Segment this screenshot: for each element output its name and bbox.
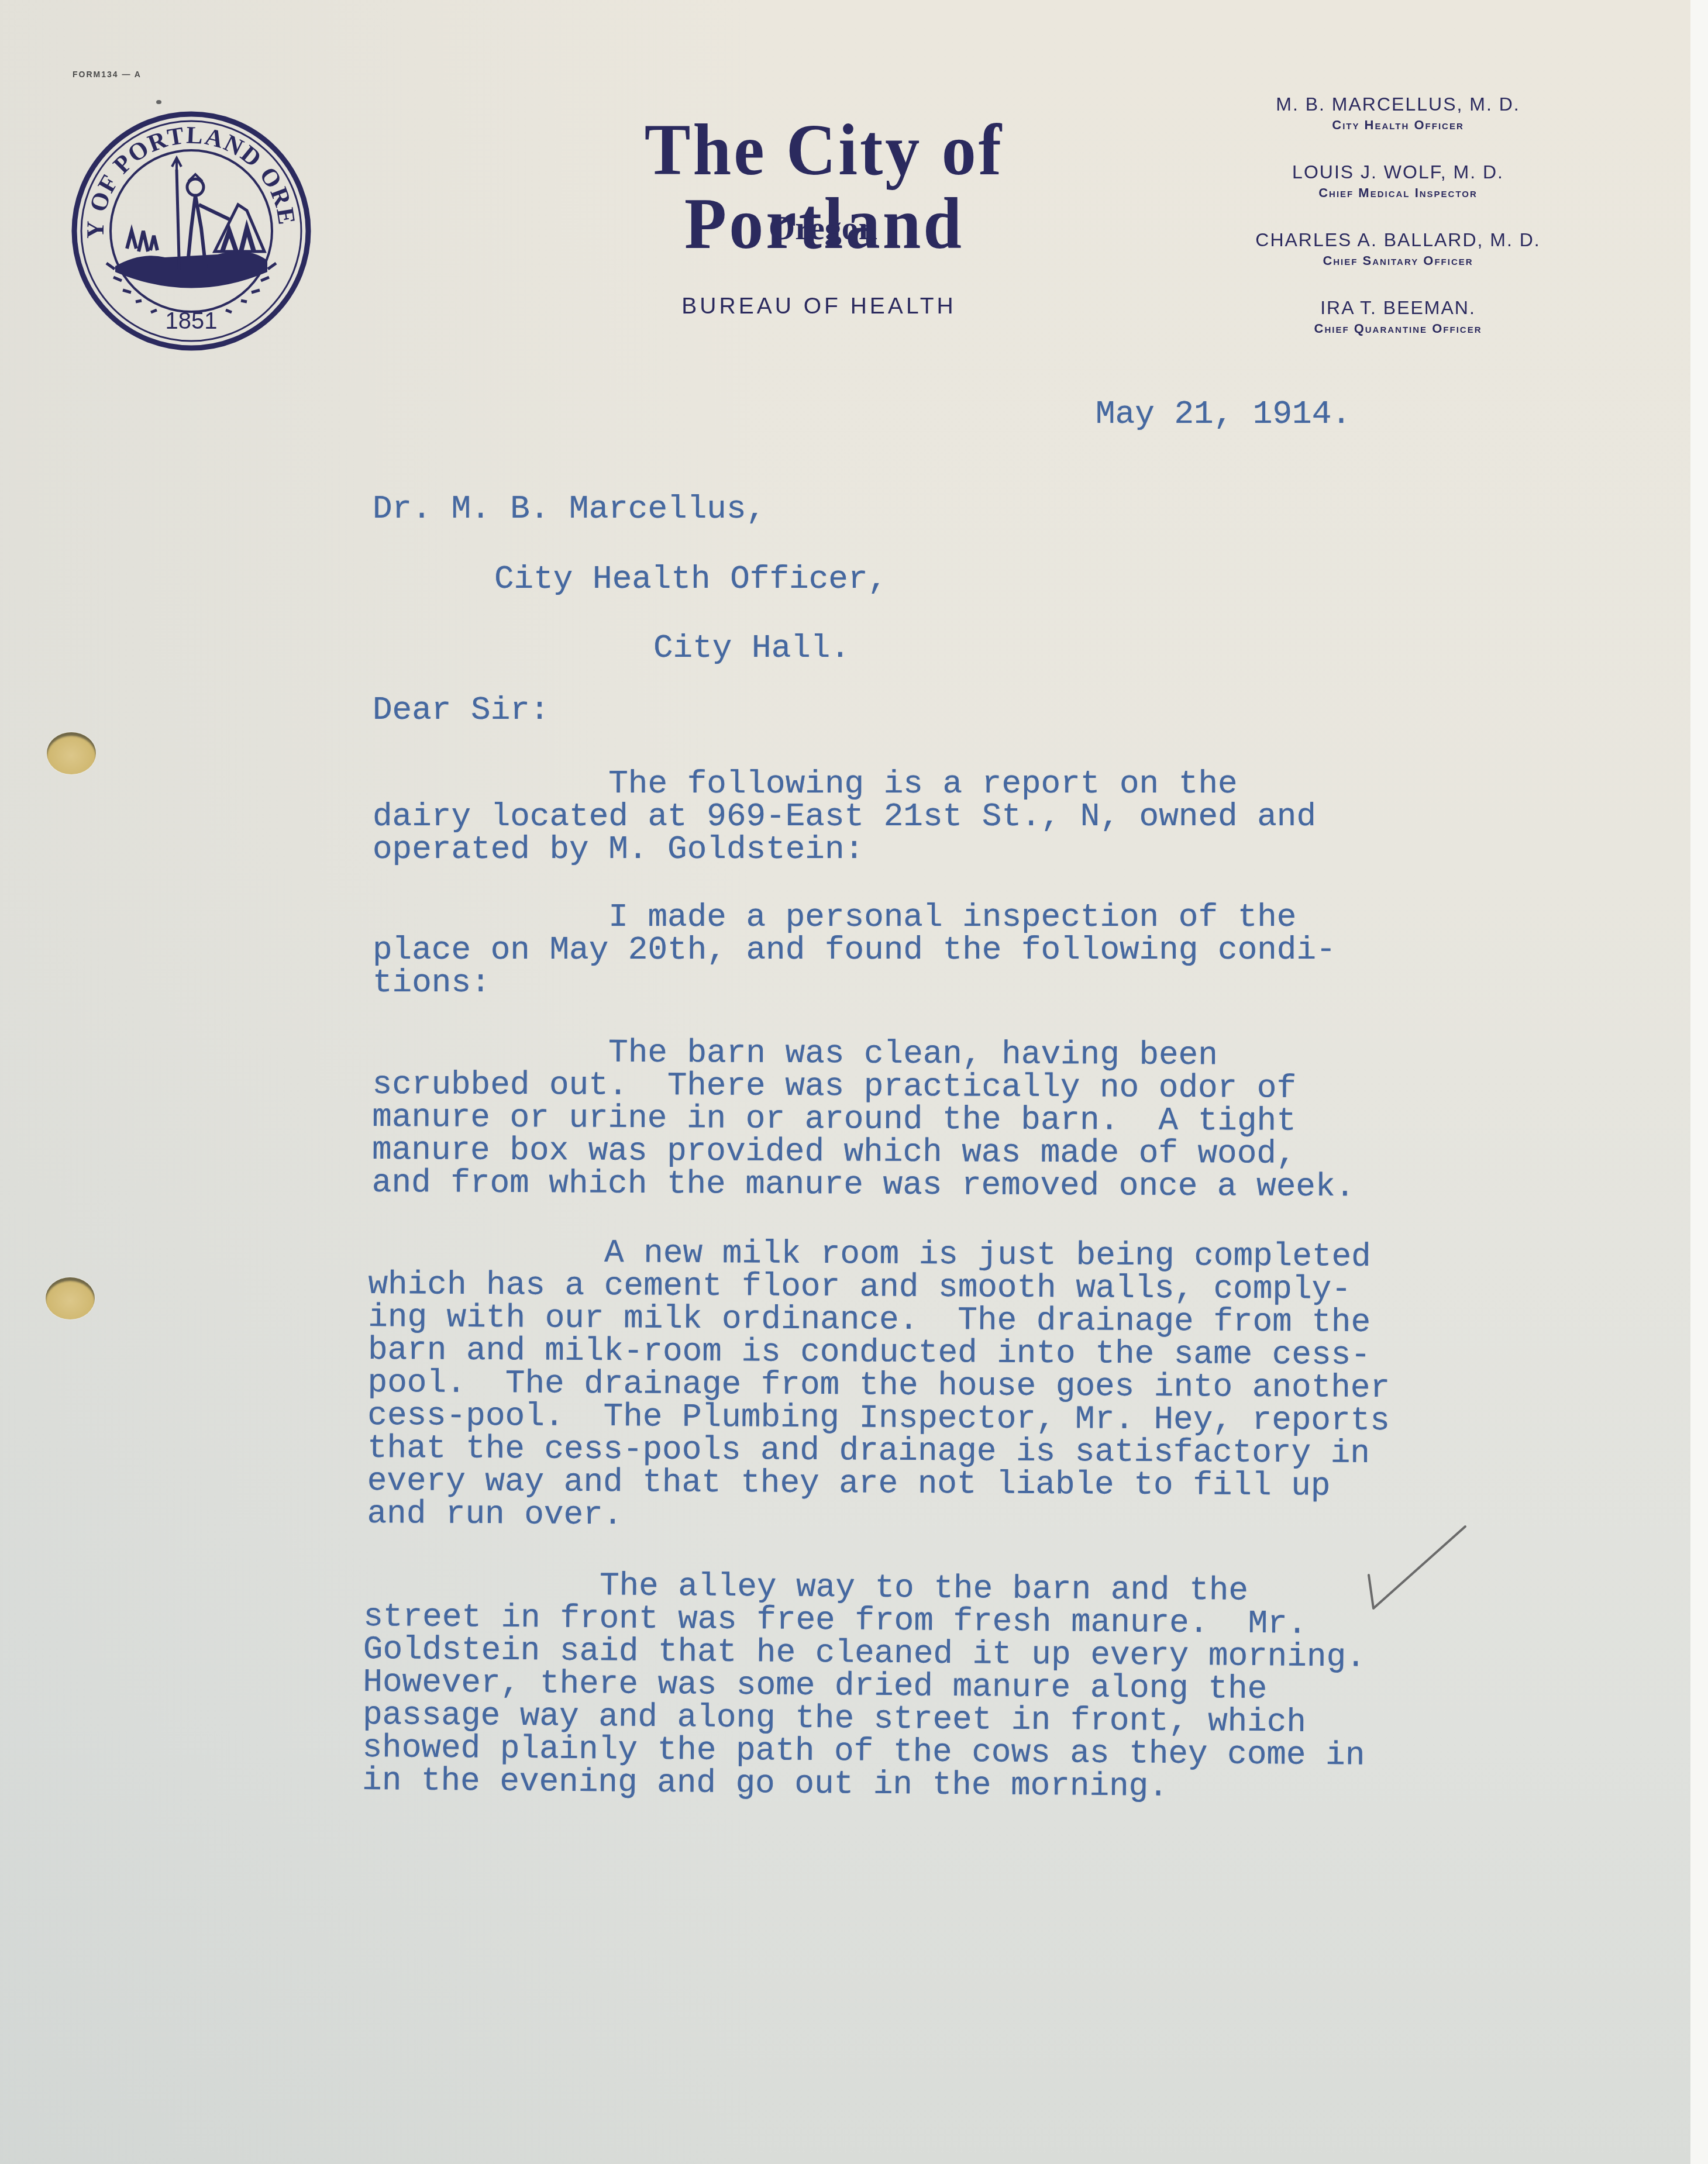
paragraph: A new milk room is just being completed …: [367, 1235, 1390, 1535]
officer-entry: IRA T. BEEMAN. Chief Quarantine Officer: [1199, 296, 1597, 364]
letter-date: May 21, 1914.: [1096, 398, 1351, 430]
officer-name: IRA T. BEEMAN.: [1199, 296, 1597, 319]
recipient-address: City Hall.: [653, 632, 850, 664]
punch-hole: [47, 732, 96, 774]
background-edge: [1690, 0, 1708, 2164]
paragraph: The barn was clean, having been scrubbed…: [372, 1035, 1355, 1203]
officer-list: M. B. MARCELLUS, M. D. City Health Offic…: [1199, 92, 1597, 364]
recipient-title: City Health Officer,: [494, 563, 887, 595]
svg-text:CITY OF PORTLAND OREGON: CITY OF PORTLAND OREGON: [71, 111, 300, 239]
paragraph-line: operated by M. Goldstein:: [373, 833, 1316, 866]
letterhead-subtitle: Oregon: [760, 211, 886, 246]
officer-entry: M. B. MARCELLUS, M. D. City Health Offic…: [1199, 92, 1597, 160]
paragraph-line: I made a personal inspection of the: [373, 901, 1336, 933]
paragraph: The alley way to the barn and the street…: [362, 1567, 1366, 1804]
punch-hole: [46, 1277, 95, 1319]
salutation: Dear Sir:: [373, 694, 549, 726]
svg-text:1851: 1851: [166, 308, 218, 334]
form-number: FORM134 — A: [73, 70, 142, 79]
recipient-name: Dr. M. B. Marcellus,: [373, 492, 766, 525]
paragraph-line: tions:: [373, 966, 1336, 999]
paragraph: I made a personal inspection of the plac…: [373, 901, 1336, 999]
paragraph: The following is a report on the dairy l…: [373, 767, 1316, 866]
pin-hole: [156, 100, 161, 104]
officer-role: Chief Quarantine Officer: [1199, 319, 1597, 338]
paragraph-line: place on May 20th, and found the followi…: [373, 933, 1336, 966]
paragraph-line: dairy located at 969-East 21st St., N, o…: [373, 800, 1316, 833]
officer-entry: LOUIS J. WOLF, M. D. Chief Medical Inspe…: [1199, 160, 1597, 228]
officer-role: City Health Officer: [1199, 116, 1597, 135]
officer-role: Chief Sanitary Officer: [1199, 251, 1597, 270]
paragraph-line: The following is a report on the: [373, 767, 1316, 800]
pencil-checkmark-icon: [1363, 1518, 1474, 1617]
officer-entry: CHARLES A. BALLARD, M. D. Chief Sanitary…: [1199, 228, 1597, 296]
officer-name: LOUIS J. WOLF, M. D.: [1199, 160, 1597, 184]
department-name: BUREAU OF HEALTH: [649, 294, 989, 319]
officer-role: Chief Medical Inspector: [1199, 184, 1597, 202]
officer-name: CHARLES A. BALLARD, M. D.: [1199, 228, 1597, 251]
city-seal-icon: CITY OF PORTLAND OREGON 1851: [71, 111, 311, 351]
paragraph-line: and from which the manure was removed on…: [372, 1166, 1355, 1203]
officer-name: M. B. MARCELLUS, M. D.: [1199, 92, 1597, 116]
